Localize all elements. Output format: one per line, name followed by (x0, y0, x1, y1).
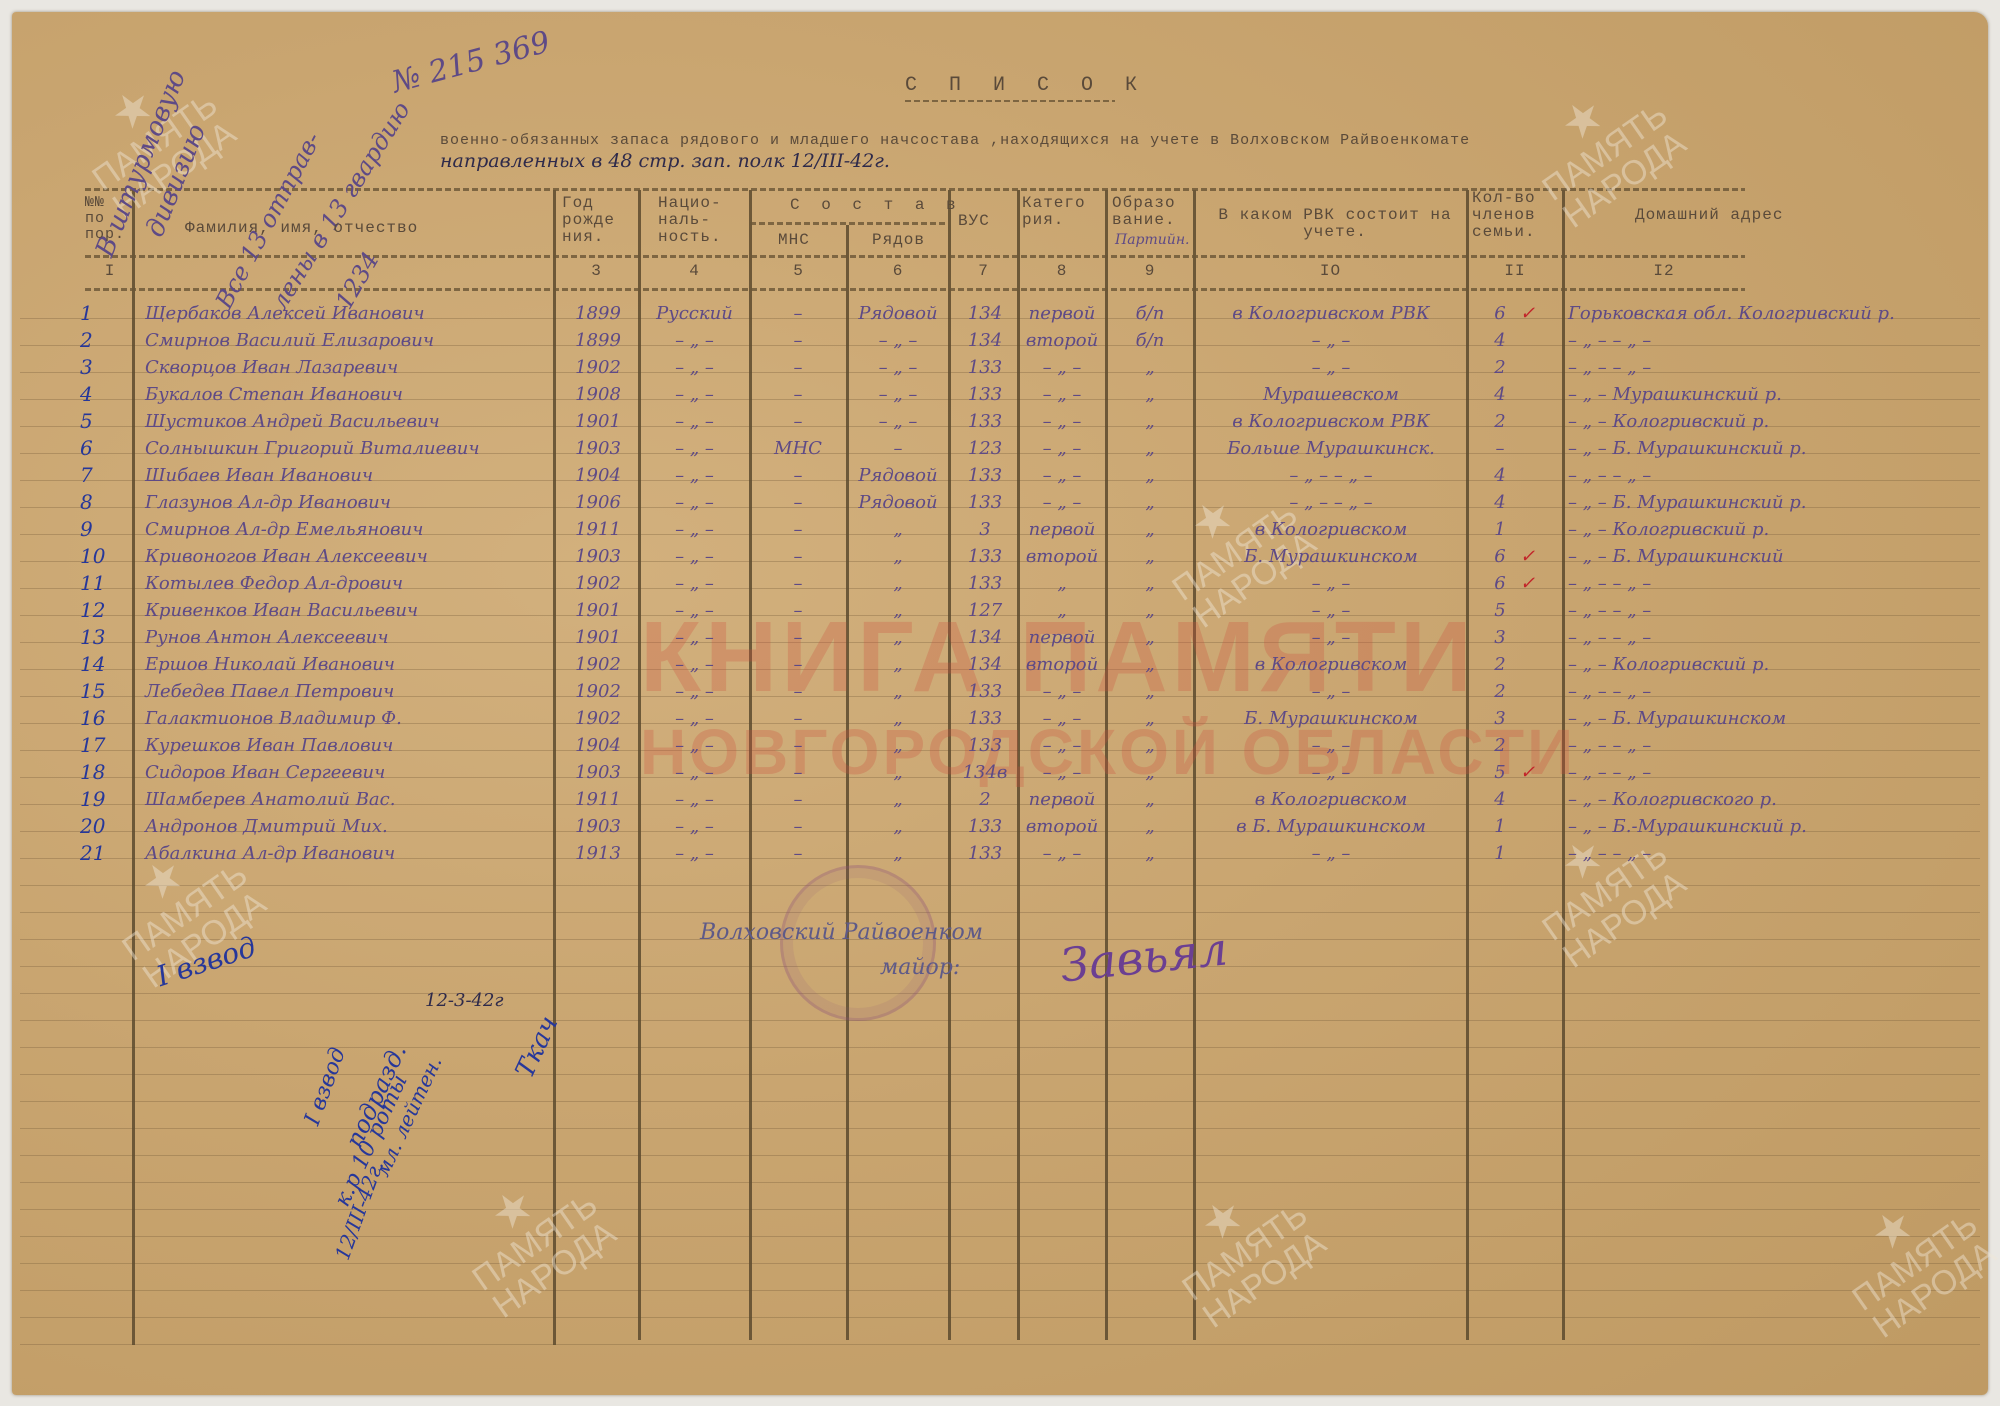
cell-mns: – (752, 354, 844, 381)
cell-mns: – (752, 516, 844, 543)
ruled-line (20, 912, 1980, 913)
cell-name: Андронов Дмитрий Мих. (145, 813, 545, 840)
cell-nat: – „ – (642, 543, 747, 570)
cell-vus: 134в (955, 759, 1015, 786)
cell-name: Шамберев Анатолий Вас. (145, 786, 545, 813)
cell-fam: 5 (1470, 597, 1530, 624)
cell-mns: – (752, 651, 844, 678)
table-row: 10Кривоногов Иван Алексеевич1903– „ ––„1… (0, 543, 2000, 570)
row-number: 21 (80, 840, 105, 867)
cell-edu: „ (1108, 543, 1192, 570)
cell-mns: – (752, 759, 844, 786)
cell-name: Кривоногов Иван Алексеевич (145, 543, 545, 570)
cell-vus: 127 (955, 597, 1015, 624)
cell-name: Галактионов Владимир Ф. (145, 705, 545, 732)
cell-edu: „ (1108, 489, 1192, 516)
cell-addr: – „ – – „ – (1568, 327, 1978, 354)
cell-ryad: – „ – (850, 381, 946, 408)
cell-vus: 133 (955, 813, 1015, 840)
cell-fam: 1 (1470, 516, 1530, 543)
ruled-line (20, 966, 1980, 967)
cell-rvk: в Кологривском (1198, 516, 1464, 543)
cell-nat: Русский (642, 300, 747, 327)
cell-name: Ершов Николай Иванович (145, 651, 545, 678)
cell-cat: второй (1020, 813, 1104, 840)
cell-ryad: „ (850, 813, 946, 840)
cell-addr: – „ – – „ – (1568, 624, 1978, 651)
table-row: 14Ершов Николай Иванович1902– „ ––„134вт… (0, 651, 2000, 678)
cell-year: 1903 (562, 813, 634, 840)
signature-title-1: Волховский Райвоенком (700, 920, 983, 945)
cell-year: 1908 (562, 381, 634, 408)
cell-rvk: в Кологривском (1198, 786, 1464, 813)
cell-edu: „ (1108, 516, 1192, 543)
ruled-line (20, 1209, 1980, 1210)
cell-ryad: – „ – (850, 354, 946, 381)
ruled-line (20, 1155, 1980, 1156)
table-row: 7Шибаев Иван Иванович1904– „ ––Рядовой13… (0, 462, 2000, 489)
header-col3: Год рожде ния. (562, 195, 632, 245)
cell-nat: – „ – (642, 624, 747, 651)
cell-cat: первой (1020, 516, 1104, 543)
cell-vus: 134 (955, 651, 1015, 678)
table-row: 8Глазунов Ал-др Иванович1906– „ ––Рядово… (0, 489, 2000, 516)
cell-addr: – „ – Мурашкинский р. (1568, 381, 1978, 408)
cell-rvk: Б. Мурашкинском (1198, 543, 1464, 570)
cell-mns: – (752, 597, 844, 624)
cell-fam: – (1470, 435, 1530, 462)
cell-addr: Горьковская обл. Кологривский р. (1568, 300, 1978, 327)
cell-name: Абалкина Ал-др Иванович (145, 840, 545, 867)
cell-addr: – „ – Кологривский р. (1568, 408, 1978, 435)
cell-ryad: „ (850, 705, 946, 732)
header-bottom-rule (85, 255, 1745, 258)
family-check-icon: ✓ (1520, 759, 1535, 786)
cell-nat: – „ – (642, 732, 747, 759)
cell-rvk: – „ – – „ – (1198, 489, 1464, 516)
cell-name: Кривенков Иван Васильевич (145, 597, 545, 624)
cell-name: Букалов Степан Иванович (145, 381, 545, 408)
ruled-line (20, 1317, 1980, 1318)
table-row: 11Котылев Федор Ал-дрович1902– „ ––„133„… (0, 570, 2000, 597)
cell-rvk: Б. Мурашкинском (1198, 705, 1464, 732)
cell-year: 1901 (562, 624, 634, 651)
cell-addr: – „ – – „ – (1568, 732, 1978, 759)
cell-year: 1903 (562, 435, 634, 462)
cell-cat: – „ – (1020, 840, 1104, 867)
cell-edu: „ (1108, 705, 1192, 732)
cell-fam: 2 (1470, 408, 1530, 435)
cell-fam: 4 (1470, 381, 1530, 408)
colnum: II (1468, 263, 1562, 280)
header-col5: МНС (778, 232, 810, 249)
row-number: 6 (80, 435, 93, 462)
cell-name: Глазунов Ал-др Иванович (145, 489, 545, 516)
cell-mns: – (752, 327, 844, 354)
header-col2: Фамилия, имя, отчество (185, 220, 418, 237)
cell-cat: первой (1020, 786, 1104, 813)
cell-nat: – „ – (642, 570, 747, 597)
cell-ryad: Рядовой (850, 489, 946, 516)
cell-rvk: – „ – (1198, 840, 1464, 867)
cell-fam: 4 (1470, 462, 1530, 489)
ruled-line (20, 1128, 1980, 1129)
table-row: 20Андронов Дмитрий Мих.1903– „ ––„133вто… (0, 813, 2000, 840)
cell-rvk: – „ – (1198, 570, 1464, 597)
cell-vus: 134 (955, 624, 1015, 651)
cell-nat: – „ – (642, 381, 747, 408)
cell-year: 1904 (562, 462, 634, 489)
table-row: 1Щербаков Алексей Иванович1899Русский–Ря… (0, 300, 2000, 327)
cell-mns: МНС (752, 435, 844, 462)
cell-fam: 4 (1470, 786, 1530, 813)
cell-ryad: Рядовой (850, 300, 946, 327)
row-number: 17 (80, 732, 105, 759)
row-number: 18 (80, 759, 105, 786)
cell-ryad: „ (850, 651, 946, 678)
cell-year: 1902 (562, 354, 634, 381)
cell-ryad: „ (850, 570, 946, 597)
cell-name: Шустиков Андрей Васильевич (145, 408, 545, 435)
cell-year: 1902 (562, 705, 634, 732)
cell-vus: 133 (955, 354, 1015, 381)
cell-mns: – (752, 624, 844, 651)
row-number: 5 (80, 408, 93, 435)
cell-ryad: „ (850, 678, 946, 705)
document-subtitle-handwritten: направленных в 48 стр. зап. полк 12/III-… (440, 150, 890, 172)
cell-rvk: в Кологривском РВК (1198, 408, 1464, 435)
cell-nat: – „ – (642, 705, 747, 732)
cell-vus: 134 (955, 300, 1015, 327)
ruled-line (20, 1263, 1980, 1264)
cell-vus: 3 (955, 516, 1015, 543)
cell-rvk: Мурашевском (1198, 381, 1464, 408)
cell-cat: первой (1020, 624, 1104, 651)
cell-edu: „ (1108, 435, 1192, 462)
colnum: 8 (1019, 263, 1105, 280)
cell-rvk: – „ – (1198, 597, 1464, 624)
cell-name: Скворцов Иван Лазаревич (145, 354, 545, 381)
cell-nat: – „ – (642, 786, 747, 813)
cell-name: Рунов Антон Алексеевич (145, 624, 545, 651)
cell-year: 1903 (562, 759, 634, 786)
cell-nat: – „ – (642, 489, 747, 516)
cell-vus: 133 (955, 732, 1015, 759)
ruled-line (20, 1074, 1980, 1075)
cell-rvk: в Кологривском (1198, 651, 1464, 678)
cell-rvk: в Б. Мурашкинском (1198, 813, 1464, 840)
cell-rvk: – „ – (1198, 354, 1464, 381)
cell-nat: – „ – (642, 408, 747, 435)
cell-year: 1904 (562, 732, 634, 759)
cell-ryad: Рядовой (850, 462, 946, 489)
row-number: 3 (80, 354, 93, 381)
colnum: 9 (1107, 263, 1193, 280)
cell-ryad: – (850, 435, 946, 462)
cell-edu: „ (1108, 813, 1192, 840)
cell-fam: 1 (1470, 840, 1530, 867)
cell-addr: – „ – – „ – (1568, 354, 1978, 381)
cell-addr: – „ – Б.-Мурашкинский р. (1568, 813, 1978, 840)
cell-rvk: – „ – (1198, 624, 1464, 651)
cell-edu: „ (1108, 597, 1192, 624)
cell-rvk: – „ – (1198, 759, 1464, 786)
cell-nat: – „ – (642, 354, 747, 381)
cell-edu: „ (1108, 651, 1192, 678)
ruled-line (20, 1047, 1980, 1048)
cell-year: 1911 (562, 516, 634, 543)
cell-addr: – „ – – „ – (1568, 759, 1978, 786)
table-row: 18Сидоров Иван Сергеевич1903– „ ––„134в–… (0, 759, 2000, 786)
cell-vus: 133 (955, 705, 1015, 732)
cell-nat: – „ – (642, 651, 747, 678)
cell-ryad: „ (850, 786, 946, 813)
cell-name: Солнышкин Григорий Виталиевич (145, 435, 545, 462)
cell-rvk: – „ – (1198, 327, 1464, 354)
cell-edu: „ (1108, 759, 1192, 786)
cell-addr: – „ – – „ – (1568, 462, 1978, 489)
cell-nat: – „ – (642, 840, 747, 867)
cell-edu: „ (1108, 354, 1192, 381)
cell-cat: – „ – (1020, 354, 1104, 381)
header-col9: Образо вание. (1112, 195, 1190, 229)
cell-ryad: „ (850, 597, 946, 624)
cell-mns: – (752, 489, 844, 516)
cell-addr: – „ – Кологривский р. (1568, 516, 1978, 543)
cell-rvk: – „ – – „ – (1198, 462, 1464, 489)
cell-cat: второй (1020, 543, 1104, 570)
cell-mns: – (752, 840, 844, 867)
cell-fam: 2 (1470, 354, 1530, 381)
row-number: 16 (80, 705, 105, 732)
cell-ryad: „ (850, 543, 946, 570)
cell-year: 1902 (562, 651, 634, 678)
cell-cat: – „ – (1020, 732, 1104, 759)
table-row: 17Курешков Иван Павлович1904– „ ––„133– … (0, 732, 2000, 759)
colnum: I2 (1564, 263, 1764, 280)
cell-addr: – „ – Кологривского р. (1568, 786, 1978, 813)
table-row: 6Солнышкин Григорий Виталиевич1903– „ –М… (0, 435, 2000, 462)
header-col10: В каком РВК состоит на учете. (1215, 207, 1455, 241)
cell-vus: 133 (955, 840, 1015, 867)
cell-mns: – (752, 408, 844, 435)
colnum: 7 (950, 263, 1017, 280)
table-row: 5Шустиков Андрей Васильевич1901– „ ––– „… (0, 408, 2000, 435)
row-number: 10 (80, 543, 105, 570)
header-col4: Нацио- наль- ность. (658, 195, 738, 245)
colnum: 4 (640, 263, 749, 280)
cell-ryad: „ (850, 516, 946, 543)
ruled-line (20, 939, 1980, 940)
cell-name: Курешков Иван Павлович (145, 732, 545, 759)
cell-name: Смирнов Василий Елизарович (145, 327, 545, 354)
ruled-line (20, 1236, 1980, 1237)
cell-cat: – „ – (1020, 678, 1104, 705)
header-col12: Домашний адрес (1635, 207, 1783, 224)
header-group-sostav: С о с т а в (790, 197, 962, 214)
table-row: 4Букалов Степан Иванович1908– „ ––– „ –1… (0, 381, 2000, 408)
cell-rvk: в Кологривском РВК (1198, 300, 1464, 327)
cell-vus: 133 (955, 570, 1015, 597)
row-number: 14 (80, 651, 105, 678)
document-title: С П И С О К (905, 75, 1147, 96)
cell-fam: 3 (1470, 705, 1530, 732)
cell-edu: „ (1108, 570, 1192, 597)
cell-year: 1906 (562, 489, 634, 516)
cell-cat: – „ – (1020, 408, 1104, 435)
cell-year: 1913 (562, 840, 634, 867)
row-number: 15 (80, 678, 105, 705)
header-mid-rule (750, 222, 948, 225)
table-row: 9Смирнов Ал-др Емельянович1911– „ ––„3пе… (0, 516, 2000, 543)
cell-year: 1902 (562, 570, 634, 597)
table-row: 13Рунов Антон Алексеевич1901– „ ––„134пе… (0, 624, 2000, 651)
cell-name: Шибаев Иван Иванович (145, 462, 545, 489)
cell-rvk: Больше Мурашкинск. (1198, 435, 1464, 462)
row-number: 13 (80, 624, 105, 651)
cell-cat: – „ – (1020, 489, 1104, 516)
header-col9-note: Партийн. (1115, 232, 1190, 248)
title-underline (905, 100, 1115, 102)
cell-year: 1899 (562, 327, 634, 354)
cell-edu: „ (1108, 381, 1192, 408)
cell-addr: – „ – – „ – (1568, 678, 1978, 705)
table-row: 16Галактионов Владимир Ф.1902– „ ––„133–… (0, 705, 2000, 732)
cell-fam: 2 (1470, 732, 1530, 759)
cell-nat: – „ – (642, 678, 747, 705)
cell-name: Лебедев Павел Петрович (145, 678, 545, 705)
cell-vus: 133 (955, 678, 1015, 705)
header-col6: Рядов (872, 232, 925, 249)
cell-ryad: „ (850, 759, 946, 786)
cell-year: 1903 (562, 543, 634, 570)
table-row: 15Лебедев Павел Петрович1902– „ ––„133– … (0, 678, 2000, 705)
cell-mns: – (752, 543, 844, 570)
table-row: 3Скворцов Иван Лазаревич1902– „ ––– „ –1… (0, 354, 2000, 381)
cell-mns: – (752, 570, 844, 597)
cell-mns: – (752, 300, 844, 327)
cell-nat: – „ – (642, 435, 747, 462)
cell-addr: – „ – – „ – (1568, 570, 1978, 597)
header-col7: ВУС (958, 213, 990, 230)
cell-year: 1901 (562, 597, 634, 624)
colnum: 5 (751, 263, 846, 280)
ruled-line (20, 993, 1980, 994)
cell-year: 1901 (562, 408, 634, 435)
cell-fam: 1 (1470, 813, 1530, 840)
cell-rvk: – „ – (1198, 678, 1464, 705)
ruled-line (20, 1290, 1980, 1291)
cell-edu: „ (1108, 786, 1192, 813)
cell-vus: 134 (955, 327, 1015, 354)
cell-edu: б/п (1108, 300, 1192, 327)
cell-cat: второй (1020, 651, 1104, 678)
cell-mns: – (752, 813, 844, 840)
cell-ryad: – „ – (850, 327, 946, 354)
ruled-line (20, 1020, 1980, 1021)
cell-ryad: „ (850, 624, 946, 651)
header-col1: №№ по пор. (85, 195, 130, 242)
cell-fam: 2 (1470, 678, 1530, 705)
cell-fam: 4 (1470, 327, 1530, 354)
cell-name: Щербаков Алексей Иванович (145, 300, 545, 327)
cell-fam: 2 (1470, 651, 1530, 678)
signature-title-2: майор: (880, 955, 960, 980)
cell-year: 1902 (562, 678, 634, 705)
cell-nat: – „ – (642, 759, 747, 786)
cell-cat: – „ – (1020, 462, 1104, 489)
cell-vus: 2 (955, 786, 1015, 813)
ruled-line (20, 1344, 1980, 1345)
cell-nat: – „ – (642, 516, 747, 543)
table-row: 19Шамберев Анатолий Вас.1911– „ ––„2перв… (0, 786, 2000, 813)
cell-name: Сидоров Иван Сергеевич (145, 759, 545, 786)
cell-vus: 133 (955, 462, 1015, 489)
cell-nat: – „ – (642, 813, 747, 840)
cell-addr: – „ – Кологривский р. (1568, 651, 1978, 678)
cell-addr: – „ – – „ – (1568, 840, 1978, 867)
cell-cat: – „ – (1020, 381, 1104, 408)
cell-name: Котылев Федор Ал-дрович (145, 570, 545, 597)
cell-addr: – „ – Б. Мурашкинский р. (1568, 435, 1978, 462)
cell-edu: „ (1108, 624, 1192, 651)
table-row: 21Абалкина Ал-др Иванович1913– „ ––„133–… (0, 840, 2000, 867)
cell-vus: 123 (955, 435, 1015, 462)
cell-cat: – „ – (1020, 705, 1104, 732)
cell-vus: 133 (955, 408, 1015, 435)
cell-ryad: „ (850, 840, 946, 867)
table-row: 12Кривенков Иван Васильевич1901– „ ––„12… (0, 597, 2000, 624)
colnum: I (95, 263, 125, 280)
cell-cat: „ (1020, 597, 1104, 624)
cell-vus: 133 (955, 381, 1015, 408)
cell-fam: 4 (1470, 489, 1530, 516)
header-col11: Кол-во членов семьи. (1472, 190, 1557, 240)
cell-rvk: – „ – (1198, 732, 1464, 759)
ruled-line (20, 1182, 1980, 1183)
cell-mns: – (752, 732, 844, 759)
cell-edu: б/п (1108, 327, 1192, 354)
colnum: 6 (848, 263, 948, 280)
cell-edu: „ (1108, 732, 1192, 759)
row-number: 19 (80, 786, 105, 813)
cell-cat: „ (1020, 570, 1104, 597)
row-number: 7 (80, 462, 93, 489)
cell-vus: 133 (955, 543, 1015, 570)
cell-vus: 133 (955, 489, 1015, 516)
document-subtitle: военно-обязанных запаса рядового и младш… (440, 133, 1470, 149)
row-number: 11 (80, 570, 105, 597)
family-check-icon: ✓ (1520, 300, 1535, 327)
cell-name: Смирнов Ал-др Емельянович (145, 516, 545, 543)
cell-addr: – „ – – „ – (1568, 597, 1978, 624)
cell-edu: „ (1108, 408, 1192, 435)
cell-nat: – „ – (642, 597, 747, 624)
row-number: 2 (80, 327, 93, 354)
cell-nat: – „ – (642, 327, 747, 354)
cell-cat: второй (1020, 327, 1104, 354)
row-number: 20 (80, 813, 105, 840)
cell-edu: „ (1108, 840, 1192, 867)
family-check-icon: ✓ (1520, 570, 1535, 597)
cell-mns: – (752, 462, 844, 489)
cell-edu: „ (1108, 462, 1192, 489)
cell-cat: – „ – (1020, 759, 1104, 786)
cell-year: 1899 (562, 300, 634, 327)
cell-addr: – „ – Б. Мурашкинский (1568, 543, 1978, 570)
row-number: 8 (80, 489, 93, 516)
cell-year: 1911 (562, 786, 634, 813)
